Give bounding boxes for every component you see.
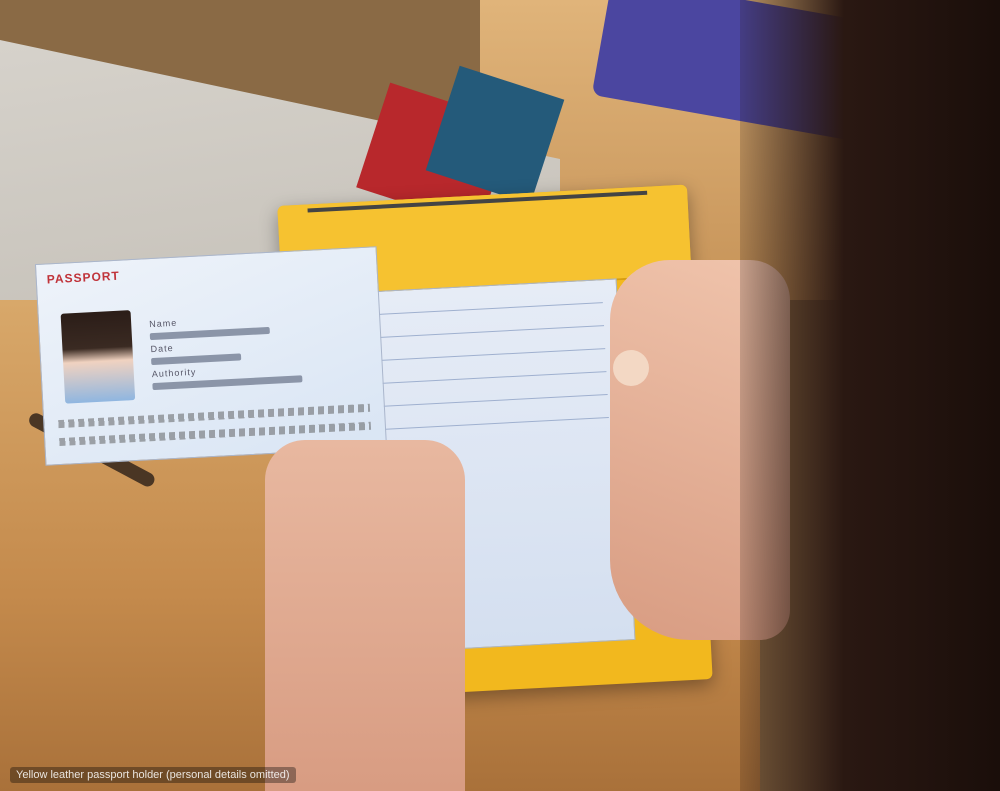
redacted-value xyxy=(151,353,241,365)
photo-placeholder xyxy=(61,310,136,404)
field-label: Authority xyxy=(152,367,197,379)
caption: Yellow leather passport holder (personal… xyxy=(10,767,296,783)
left-hand xyxy=(265,440,465,791)
document-info-page: PASSPORT Name Date Authority xyxy=(35,246,387,466)
hair xyxy=(740,0,1000,791)
document-title: PASSPORT xyxy=(46,269,120,287)
redacted-value xyxy=(150,327,270,340)
field-label: Name xyxy=(149,318,178,329)
field-label: Date xyxy=(150,343,174,354)
thumbnail-nail xyxy=(613,350,649,386)
photo-scene: PASSPORT Name Date Authority Yellow leat… xyxy=(0,0,1000,791)
